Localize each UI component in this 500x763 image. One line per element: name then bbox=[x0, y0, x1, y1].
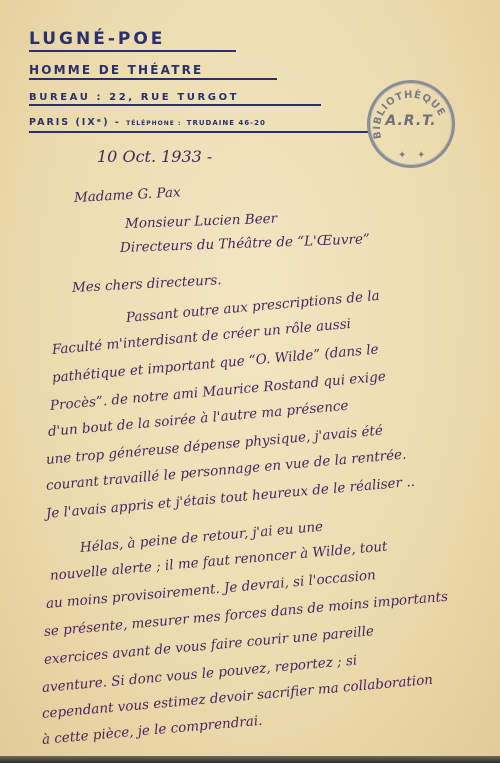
star-icon: ✦ bbox=[398, 150, 406, 161]
letterhead-rule bbox=[29, 78, 277, 80]
letter-page: LUGNÉ-POE HOMME DE THÉATRE BUREAU : 22, … bbox=[0, 0, 500, 758]
star-icon: ✦ bbox=[417, 150, 425, 161]
stamp-center-text: A.R.T. bbox=[370, 113, 452, 129]
letterhead-rule bbox=[29, 104, 321, 106]
library-stamp: BIBLIOTHÈQUE ✦ ✦ A.R.T. bbox=[367, 80, 455, 168]
scan-edge bbox=[0, 756, 500, 763]
letterhead-phone-label: TÉLÉPHONE : bbox=[126, 120, 181, 127]
recipient-line: Directeurs du Théâtre de “L'Œuvre” bbox=[120, 231, 370, 256]
letterhead-city-line: PARIS (IXᵉ) - TÉLÉPHONE : TRUDAINE 46-20 bbox=[29, 117, 266, 128]
recipient-line: Madame G. Pax bbox=[74, 184, 181, 206]
letter-date: 10 Oct. 1933 - bbox=[97, 147, 212, 166]
letterhead-title: HOMME DE THÉATRE bbox=[29, 63, 203, 77]
letterhead-rule bbox=[29, 131, 369, 133]
letter-salutation: Mes chers directeurs. bbox=[72, 272, 222, 296]
letterhead-rule bbox=[29, 50, 236, 52]
letterhead-phone: TRUDAINE 46-20 bbox=[187, 119, 266, 127]
letterhead-name: LUGNÉ-POE bbox=[29, 29, 165, 49]
recipient-line: Monsieur Lucien Beer bbox=[125, 211, 278, 232]
letterhead-city: PARIS (IXᵉ) - bbox=[29, 117, 121, 128]
letterhead-address: BUREAU : 22, RUE TURGOT bbox=[29, 92, 239, 103]
